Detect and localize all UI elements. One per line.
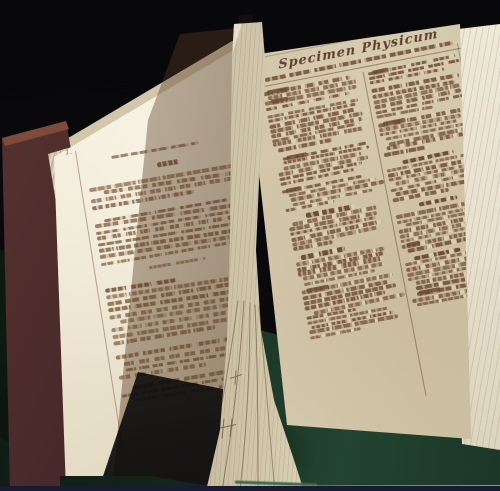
photo-open-manuscript: 1. Specimen Physicum [0,0,500,491]
photo-bottom-border [0,486,500,491]
